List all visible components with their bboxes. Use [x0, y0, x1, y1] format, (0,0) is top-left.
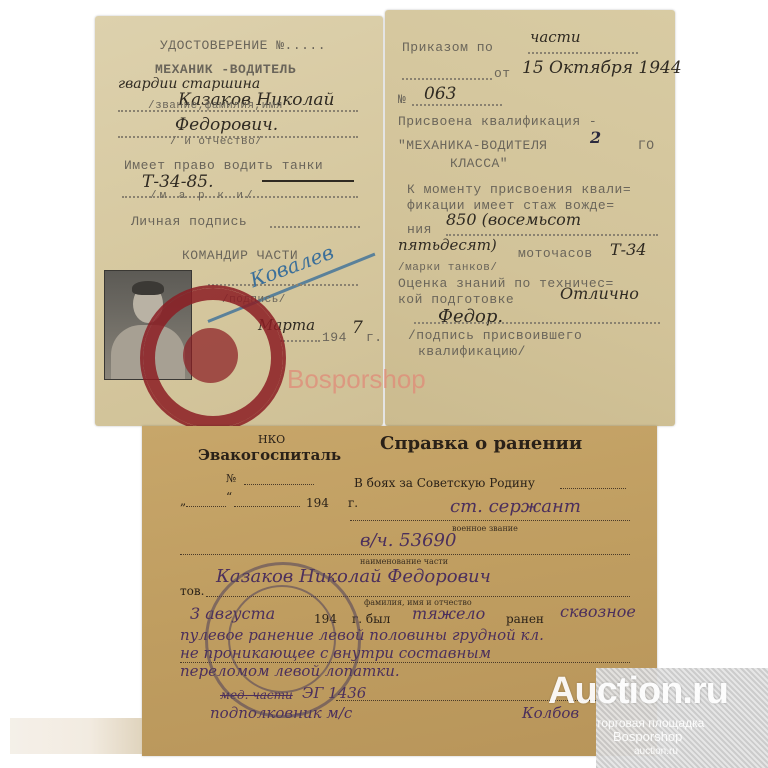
watermark-bosporshop: Bosporshop [287, 364, 426, 395]
hw-patronymic: Федорович. [175, 115, 278, 135]
dotted-line [186, 506, 226, 507]
label-number: № [226, 472, 236, 485]
certificate-title: УДОСТОВЕРЕНИЕ №..... [160, 38, 326, 53]
hw-grade: Отлично [560, 284, 639, 303]
hw-tank-brand: Т-34 [610, 240, 646, 259]
label-order: Приказом по [402, 40, 493, 55]
hw-order-no: 063 [424, 84, 456, 104]
org-nko: НКО [258, 433, 285, 446]
label-wounded: ранен [506, 612, 544, 626]
dotted-line [280, 340, 320, 342]
label-driving-right: Имеет право водить танки [124, 158, 323, 173]
violet-hospital-stamp [205, 562, 361, 718]
watermark-site: auction.ru [634, 746, 678, 757]
label-from: от [494, 66, 511, 81]
dotted-line [350, 520, 630, 521]
label-class-2: КЛАССА" [450, 156, 508, 171]
watermark-seller: Bosporshop [613, 729, 682, 744]
label-comrade: тов. [180, 584, 204, 598]
year-prefix: 194 [322, 330, 347, 345]
year-suffix: г. [366, 330, 383, 345]
dotted-line [560, 488, 626, 489]
hw-hours-2: пятьдесят) [398, 236, 497, 254]
org-evacuation-hospital: Эвакогоспиталь [198, 446, 341, 464]
hw-tank-model: Т-34-85. [142, 172, 214, 192]
dotted-line [402, 78, 492, 80]
seal-emblem [183, 328, 238, 383]
label-moment-3: ния [407, 222, 432, 237]
year-suffix: г. [348, 496, 358, 510]
hw-unit: в/ч. 53690 [360, 530, 456, 551]
hw-wound-type: сквозное [560, 602, 636, 621]
label-motohours: моточасов [518, 246, 593, 261]
caption-unit: наименование части [360, 557, 448, 566]
hw-severity: тяжело [412, 604, 485, 623]
dotted-line [180, 554, 630, 555]
label-sig-1: /подпись присвоившего [408, 328, 582, 343]
label-tank-brands: /марки танков/ [398, 262, 497, 274]
hw-class: 2 [590, 128, 601, 147]
label-sig-2: квалификацию/ [418, 344, 526, 359]
dotted-line [412, 104, 502, 106]
label-no: № [398, 92, 406, 107]
label-assessment-2: кой подготовке [398, 292, 514, 307]
dotted-line [234, 506, 300, 507]
dotted-line [208, 284, 358, 286]
watermark-auction-logo: Auction.ru [548, 670, 728, 713]
underline [262, 180, 354, 182]
watermark-tagline: торговая площадка [596, 716, 704, 730]
year-prefix: 194 [306, 496, 329, 510]
hw-year-digit: 7 [352, 318, 363, 338]
blurred-region [10, 718, 142, 754]
dotted-line [244, 484, 314, 485]
hw-hours: 850 (восемьсот [446, 210, 581, 229]
role-heading: МЕХАНИК -ВОДИТЕЛЬ [155, 62, 296, 77]
dotted-line [528, 52, 638, 54]
label-brand: /м а р к и/ [150, 190, 256, 202]
label-personal-signature: Личная подпись [131, 214, 247, 229]
photo-hair [132, 281, 164, 295]
document-title: Справка о ранении [380, 433, 582, 454]
dotted-line [270, 226, 360, 228]
label-moment-1: К моменту присвоения квали= [407, 182, 631, 197]
caption-military-rank: военное звание [452, 524, 518, 533]
hw-order-date: 15 Октября 1944 [522, 58, 682, 78]
red-seal-stamp [140, 285, 286, 431]
stamp-inner-ring [228, 585, 336, 693]
label-date-close: “ [226, 490, 232, 504]
hw-order-by: части [530, 28, 581, 46]
label-qualification: Присвоена квалификация - [398, 114, 597, 129]
label-class-suffix: ГО [638, 138, 655, 153]
label-patronymic: / и отчество/ [170, 136, 262, 148]
label-class-1: "МЕХАНИКА-ВОДИТЕЛЯ [398, 138, 547, 153]
label-rank-name: /звание,фамилия,имя [148, 100, 283, 112]
label-battles: В боях за Советскую Родину [354, 476, 535, 490]
hw-military-rank: ст. сержант [450, 496, 581, 517]
dotted-line [414, 322, 660, 324]
